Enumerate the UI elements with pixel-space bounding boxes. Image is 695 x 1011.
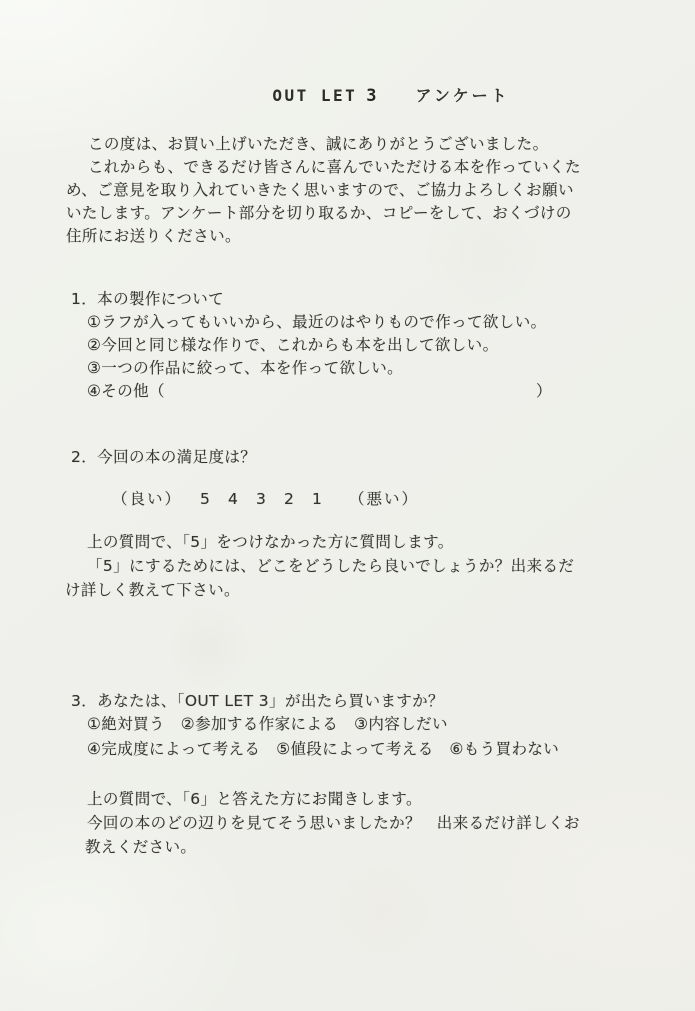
intro-line: め、ご意見を取り入れていきたく思いますので、ご協力よろしくお願い xyxy=(66,180,574,200)
scale-value-2: 2 xyxy=(284,489,294,509)
question-heading-text: あなたは、「OUT LET 3」が出たら買いますか？ xyxy=(97,692,444,710)
scale-good-label: （良い） xyxy=(112,489,182,509)
scale-value-4: 4 xyxy=(228,489,238,509)
intro-line: これからも、できるだけ皆さんに喜んでいただける本を作っていくた xyxy=(66,157,581,177)
other-answer-close-paren: ） xyxy=(536,381,552,401)
question-2-followup-line: 上の質問で、「5」をつけなかった方に質問します。 xyxy=(87,532,454,552)
question-1-option: ②今回と同じ様な作りで、これからも本を出して欲しい。 xyxy=(87,335,499,355)
question-3-option-line: ④完成度によって考える ⑤値段によって考える ⑥もう買わない xyxy=(87,739,559,759)
question-3-heading: 3．あなたは、「OUT LET 3」が出たら買いますか？ xyxy=(71,691,444,711)
scale-value-3: 3 xyxy=(256,489,266,509)
question-1-option: ①ラフが入ってもいいから、最近のはやりもので作って欲しい。 xyxy=(87,312,547,332)
question-2-followup-line: け詳しく教えて下さい。 xyxy=(65,580,240,600)
intro-line: 住所にお送りください。 xyxy=(66,226,241,246)
question-number: 2． xyxy=(71,448,97,466)
title-number: 3 xyxy=(366,86,377,106)
question-1-heading: 1．本の製作について xyxy=(71,289,224,309)
document-title: OUT LET3アンケート xyxy=(248,64,510,125)
question-3-followup-line: 上の質問で、「6」と答えた方にお聞きします。 xyxy=(87,789,422,809)
rating-scale: （良い） 5 4 3 2 1 （悪い） xyxy=(112,489,419,509)
scale-bad-label: （悪い） xyxy=(349,489,419,509)
title-latin: OUT LET xyxy=(272,86,357,105)
title-name: アンケート xyxy=(416,86,510,105)
question-2-heading: 2．今回の本の満足度は？ xyxy=(71,447,256,467)
question-number: 1． xyxy=(71,290,97,308)
question-3-followup-line: 今回の本のどの辺りを見てそう思いましたか？ 出来るだけ詳しくお xyxy=(87,813,580,833)
question-1-option-other: ④その他（ xyxy=(87,381,165,401)
question-heading-text: 本の製作について xyxy=(97,290,224,308)
question-number: 3． xyxy=(71,692,97,710)
intro-line: この度は、お買い上げいただき、誠にありがとうございました。 xyxy=(66,134,548,154)
question-heading-text: 今回の本の満足度は？ xyxy=(97,448,256,466)
scanned-questionnaire-page: OUT LET3アンケート この度は、お買い上げいただき、誠にありがとうございま… xyxy=(0,0,695,1011)
scale-value-5: 5 xyxy=(200,489,210,509)
question-2-followup-line: 「5」にするためには、どこをどうしたら良いでしょうか？出来るだ xyxy=(87,556,574,576)
question-3-followup-line: 教えください。 xyxy=(85,837,196,857)
question-3-option-line: ①絶対買う ②参加する作家による ③内容しだい xyxy=(87,714,448,734)
scale-value-1: 1 xyxy=(312,489,322,509)
question-1-option: ③一つの作品に絞って、本を作って欲しい。 xyxy=(87,358,403,378)
intro-line: いたします。アンケート部分を切り取るか、コピーをして、おくづけの xyxy=(66,203,572,223)
